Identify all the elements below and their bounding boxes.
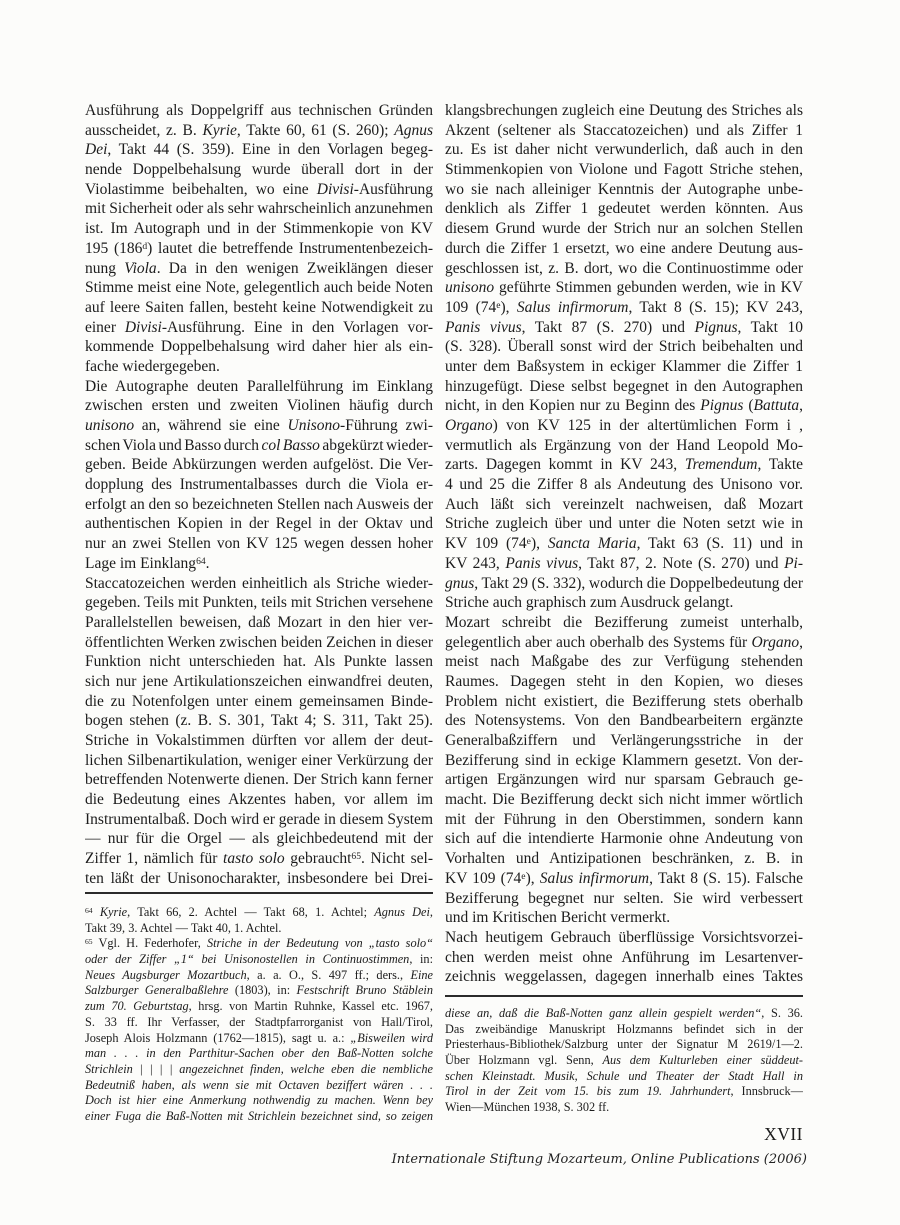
text-line: nur an zwei Stellen von KV 125 wegen des… [85,534,433,554]
text-line: Doch ist hier eine Anmerkung nothwendig … [85,1093,433,1109]
text-segment: Battuta [753,397,799,414]
text-segment: zeichnis weggelassen, dagegen innerhalb … [445,968,803,985]
text-line: Stimmenkopien von Violone und Fagott Str… [445,160,803,180]
text-line: Instrumentalbaß. Doch wird er gerade in … [85,810,433,830]
text-line: nung Viola. Da in den wenigen Zweiklänge… [85,259,433,279]
text-segment: ) lautet die betreffende Instrumentenbez… [147,240,433,257]
text-segment: Organo [445,417,493,434]
text-line: 195 (186d) lautet die betreffende Instru… [85,239,433,259]
text-segment: Akzent (seltener als Staccatozeichen) un… [445,122,803,139]
text-segment: Striche in Vokalstimmen dürften vor alle… [85,732,433,749]
text-line: zu. Es ist daher nicht verwunderlich, da… [445,140,803,160]
text-segment: , Takt 29 (S. 332), wodurch die Doppelbe… [474,575,803,592]
text-segment: 195 (186 [85,240,142,257]
text-line: gegeben. Teils mit Punkten, teils mit St… [85,593,433,613]
text-line: zarts. Dagegen kommt in KV 243, Tremendu… [445,455,803,475]
text-segment: erfolgt an den so bezeichneten Stellen n… [85,496,433,513]
text-segment: ) von KV 125 in der altertümlichen Form … [493,417,803,434]
text-segment: , Takt 63 (S. 11) und in [637,535,803,552]
text-segment: e [496,300,500,311]
text-line: zeichnis weggelassen, dagegen innerhalb … [445,967,803,987]
text-segment: (S. 328). Überall sonst wird der Strich … [445,338,803,355]
text-segment: Tremendum [685,456,758,473]
text-segment: 65 [351,851,361,862]
text-segment: zwischen ersten und zweiten Violinen häu… [85,397,433,414]
text-segment: gebraucht [285,850,352,867]
text-segment: -Führung zwi- [340,417,433,434]
text-segment: tasto solo [223,850,285,867]
text-line: unisono geführte Stimmen gebunden werden… [445,278,803,298]
text-line: ist. Im Autograph und in der Stimmenkopi… [85,219,433,239]
text-segment: ), [526,870,540,887]
text-segment: S. 33 ff. Ihr Verfasser, der Stadtpfarro… [85,1015,433,1029]
text-line: Strichlein | | | | angezeichnet finden, … [85,1062,433,1078]
text-line: Akzent (seltener als Staccatozeichen) un… [445,121,803,141]
text-segment: Panis vivus [505,555,578,572]
text-segment: Pignus [700,397,743,414]
text-line: geben. Beide Abkürzungen werden aufgelös… [85,455,433,475]
text-segment: lichen Silbenartikulation, weniger einer… [85,752,433,769]
text-line: Organo) von KV 125 in der altertümlichen… [445,416,803,436]
text-line: KV 109 (74e), Sancta Maria, Takt 63 (S. … [445,534,803,554]
text-segment: . Da in den wenigen Zweiklängen dieser [157,260,433,277]
text-segment: 64 [85,906,93,915]
text-segment: Funktion nicht unterschieden hat. Als Pu… [85,653,433,670]
text-segment: e [521,871,525,882]
text-line: Bezifferung begegnet nur selten. Sie wir… [445,889,803,909]
text-line: — nur für die Orgel — als gleichbedeuten… [85,829,433,849]
text-segment: zarts. Dagegen kommt in KV 243, [445,456,685,473]
text-line: oder der Ziffer „1“ bei Unisonostellen i… [85,952,433,968]
text-segment: betreffenden Notenwerte dienen. Der Stri… [85,771,433,788]
text-line: (S. 328). Überall sonst wird der Strich … [445,337,803,357]
text-segment: nur an zwei Stellen von KV 125 wegen des… [85,535,433,552]
text-line: bogen stehen (z. B. S. 301, Takt 4; S. 3… [85,711,433,731]
text-segment: Vorhalten und Antizipationen beschränken… [445,850,803,867]
text-segment: die zu Notenfolgen unter einem gemeinsam… [85,693,433,710]
text-segment: , Takte 60, 61 (S. 260); [237,122,394,139]
text-line: denklich als Ziffer 1 gedeutet werden kö… [445,199,803,219]
text-line: erfolgt an den so bezeichneten Stellen n… [85,495,433,515]
text-line: Striche zugleich über und unter die Note… [445,514,803,534]
text-segment: , hrsg. von Martin Ruhnke, Kassel etc. 1… [189,999,433,1013]
text-segment: Mozart schreibt die Bezifferung zumeist … [445,614,803,631]
text-line: durch die Ziffer 1 ersetzt, wo eine ande… [445,239,803,259]
text-segment: Strichlein | | | | angezeichnet finden, … [85,1062,433,1076]
text-line: hinzugefügt. Diese selbst begegnet in de… [445,377,803,397]
text-segment: Pi- [784,555,803,572]
text-segment: , [799,634,803,651]
text-segment: , in: [409,952,433,966]
text-segment: Bezifferung sind in eckige Klammern gese… [445,752,803,769]
text-segment: , Takt 87 (S. 270) und [522,319,695,336]
text-line: die Bedeutung eines Akzentes haben, vor … [85,790,433,810]
page-number: XVII [764,1124,803,1145]
text-segment: macht. Die Bezifferung deckt sich nicht … [445,791,803,808]
text-segment: nicht, in den Kopien nur zu Beginn des [445,397,700,414]
text-line: Priesterhaus-Bibliothek/Salzburg unter d… [445,1037,803,1053]
text-line: sich nur jene Artikulationszeichen einwa… [85,672,433,692]
text-segment: ausscheidet, z. B. [85,122,202,139]
text-segment: öffentlichten Werken zwischen beiden Zei… [85,634,433,651]
text-line: und im Kritischen Bericht vermerkt. [445,908,803,928]
footnote-rule-left [85,892,433,894]
text-segment: Tirol in der Zeit vom 15. bis zum 19. Ja… [445,1084,731,1098]
text-segment: meist nach Maßgabe des zur Verfügung ste… [445,653,803,670]
text-segment: Sancta Maria [548,535,637,552]
text-line: chen werden meist ohne Anführung im Lesa… [445,948,803,968]
text-line: mit der Führung in den Oberstimmen, sond… [445,810,803,830]
footnote-rule-right [445,995,803,997]
text-segment: , Takt 8 (S. 15). Falsche [649,870,803,887]
text-segment: KV 109 (74 [445,535,527,552]
text-segment: wo sie nach alleiniger Kenntnis der Auto… [445,181,803,198]
text-segment: unisono [85,417,134,434]
text-segment: Takt 39, 3. Achtel — Takt 40, 1. Achtel. [85,921,281,935]
text-segment: Striche in der Bedeutung von „tasto solo… [207,936,433,950]
text-segment: an, während sie eine [134,417,287,434]
text-line: kommende Doppelbehalsung wird daher hier… [85,337,433,357]
text-line: 109 (74e), Salus infirmorum, Takt 8 (S. … [445,298,803,318]
text-line: auf leere Saiten fallen, besteht keine N… [85,298,433,318]
text-line: ausscheidet, z. B. Kyrie, Takte 60, 61 (… [85,121,433,141]
text-segment: geschlossen ist, z. B. dort, wo die Cont… [445,260,803,277]
text-segment: 109 (74 [445,299,496,316]
text-segment: mit der Führung in den Oberstimmen, sond… [445,811,803,828]
text-segment: fache wiedergegeben. [85,358,220,375]
text-segment: — nur für die Orgel — als gleichbedeuten… [85,830,433,847]
text-line: ten läßt der Unisonocharakter, insbesond… [85,869,433,889]
text-line: fache wiedergegeben. [85,357,433,377]
text-line: Mozart schreibt die Bezifferung zumeist … [445,613,803,633]
text-segment: Vgl. H. Federhofer, [93,936,207,950]
text-segment: , Takt 10 [738,319,803,336]
text-line: Striche auch graphisch zum Ausdruck gela… [445,593,803,613]
text-segment: Kyrie [202,122,236,139]
text-line: Das zweibändige Manuskript Holzmanns bef… [445,1022,803,1038]
text-line: S. 33 ff. Ihr Verfasser, der Stadtpfarro… [85,1015,433,1031]
text-line: Panis vivus, Takt 87 (S. 270) und Pignus… [445,318,803,338]
text-segment: , Takt 44 (S. 359). Eine in den Vorlagen… [107,141,433,158]
text-line: Generalbaßziffern und Verlängerungsstric… [445,731,803,751]
text-line: mit Sicherheit oder als sehr wahrscheinl… [85,199,433,219]
text-segment: e [527,536,531,547]
text-segment: -Ausführung [354,181,433,198]
text-segment: Salzburger Generalbaßlehre [85,983,228,997]
text-line: Stimme meist eine Note, gelegentlich auc… [85,278,433,298]
text-line: Ausführung als Doppelgriff aus technisch… [85,101,433,121]
text-segment: KV 109 (74 [445,870,521,887]
text-line: zwischen ersten und zweiten Violinen häu… [85,396,433,416]
text-line: des Notensystems. Von den Bandbearbeiter… [445,711,803,731]
text-segment: geführte Stimmen gebunden werden, wie in… [494,279,803,296]
text-segment: Eine [410,968,433,982]
text-segment: kommende Doppelbehalsung wird daher hier… [85,338,433,355]
text-segment [93,905,100,919]
text-line: einer Divisi-Ausführung. Eine in den Vor… [85,318,433,338]
text-line: wo sie nach alleiniger Kenntnis der Auto… [445,180,803,200]
text-line: KV 243, Panis vivus, Takt 87, 2. Note (S… [445,554,803,574]
text-segment: Generalbaßziffern und Verlängerungsstric… [445,732,803,749]
text-segment: Wien—München 1938, S. 302 ff. [445,1100,609,1114]
text-segment: Raumes. Dagegen steht in den Kopien, wo … [445,673,803,690]
text-segment: mit Sicherheit oder als sehr wahrscheinl… [85,200,433,217]
text-segment: die Bedeutung eines Akzentes haben, vor … [85,791,433,808]
text-segment: gegeben. Teils mit Punkten, teils mit St… [85,594,433,611]
text-segment: Stimmenkopien von Violone und Fagott Str… [445,161,803,178]
text-line: zum 70. Geburtstag, hrsg. von Martin Ruh… [85,999,433,1015]
text-line: Die Autographe deuten Parallelführung im… [85,377,433,397]
text-line: man . . . in den Parthitur-Sachen ober d… [85,1046,433,1062]
text-line: Auch läßt sich vereinzelt nachweisen, da… [445,495,803,515]
text-segment: zum 70. Geburtstag [85,999,189,1013]
text-segment: 4 und 25 die Ziffer 8 als Andeutung des … [445,476,803,493]
text-segment: bogen stehen (z. B. S. 301, Takt 4; S. 3… [85,712,433,729]
text-segment: und im Kritischen Bericht vermerkt. [445,909,670,926]
footer-credit: Internationale Stiftung Mozarteum, Onlin… [392,1152,807,1167]
text-line: unisono an, während sie eine Unisono-Füh… [85,416,433,436]
text-line: 64 Kyrie, Takt 66, 2. Achtel — Takt 68, … [85,905,433,921]
text-segment: Salus infirmorum [540,870,649,887]
text-line: Joseph Alois Holzmann (1762—1815), sagt … [85,1031,433,1047]
text-line: geschlossen ist, z. B. dort, wo die Cont… [445,259,803,279]
text-line: meist nach Maßgabe des zur Verfügung ste… [445,652,803,672]
text-segment: ), [531,535,548,552]
text-line: Vorhalten und Antizipationen beschränken… [445,849,803,869]
text-segment: sich nur jene Artikulationszeichen einwa… [85,673,433,690]
text-line: öffentlichten Werken zwischen beiden Zei… [85,633,433,653]
text-segment: Auch läßt sich vereinzelt nachweisen, da… [445,496,803,513]
text-segment: . Nicht sel- [361,850,433,867]
text-line: Ziffer 1, nämlich für tasto solo gebrauc… [85,849,433,869]
text-segment: schen Kleinstadt. Musik, Schule und Thea… [445,1069,803,1083]
text-line: Über Holzmann vgl. Senn, Aus dem Kulturl… [445,1053,803,1069]
text-segment: Striche zugleich über und unter die Note… [445,515,803,532]
text-segment: unisono [445,279,494,296]
text-line: Bezifferung sind in eckige Klammern gese… [445,751,803,771]
text-line: Wien—München 1938, S. 302 ff. [445,1100,803,1116]
text-segment: diesem Grund wurde der Strich nur an sol… [445,220,803,237]
text-line: Nach heutigem Gebrauch überflüssige Vors… [445,928,803,948]
text-segment: Agnus Dei [374,905,430,919]
text-segment: chen werden meist ohne Anführung im Lesa… [445,949,803,966]
text-segment: Dei [85,141,107,158]
text-segment: Festschrift Bruno Stäblein [297,983,433,997]
text-segment: dopplung des Instrumentalbasses durch di… [85,476,433,493]
text-segment: authentischen Kopien in der Regel in der… [85,515,433,532]
text-line: sich auf die intendierte Harmonie ohne A… [445,829,803,849]
text-segment: Über Holzmann vgl. Senn, [445,1053,602,1067]
text-line: dopplung des Instrumentalbasses durch di… [85,475,433,495]
text-line: betreffenden Notenwerte dienen. Der Stri… [85,770,433,790]
text-segment: Pignus [694,319,737,336]
text-line: Lage im Einklang64. [85,554,433,574]
text-segment: artigen Ergänzungen wird nur sparsam Geb… [445,771,803,788]
text-segment: , [799,397,803,414]
text-line: vermutlich als Ergänzung von der Hand Le… [445,436,803,456]
text-line: einer Fuga die Baß-Notten mit Strichlein… [85,1109,433,1125]
text-segment: Salus infirmorum [517,299,629,316]
text-segment: zu. Es ist daher nicht verwunderlich, da… [445,141,803,158]
text-segment: Striche auch graphisch zum Ausdruck gela… [445,594,733,611]
text-segment: col Basso [261,437,319,454]
text-line: Bedeutniß haben, als wenn sie mit Octave… [85,1078,433,1094]
text-segment: Bezifferung begegnet nur selten. Sie wir… [445,890,803,907]
text-line: KV 109 (74e), Salus infirmorum, Takt 8 (… [445,869,803,889]
text-segment: ten läßt der Unisonocharakter, insbesond… [85,870,433,887]
text-segment: (1803), in: [228,983,296,997]
text-line: schen Viola und Basso durch col Basso ab… [85,436,433,456]
text-segment: Staccatozeichen werden einheitlich als S… [85,575,433,592]
text-segment: Problem nicht existiert, die Bezifferung… [445,693,803,710]
text-segment: einer [85,319,125,336]
text-segment: Neues Augsburger Mozartbuch [85,968,247,982]
text-segment: , Takt 8 (S. 15); KV 243, [628,299,803,316]
text-segment: Joseph Alois Holzmann (1762—1815), sagt … [85,1031,350,1045]
text-segment: Divisi [125,319,162,336]
text-segment: , S. 36. [761,1006,803,1020]
text-segment: Panis vivus [445,319,522,336]
text-segment: schen Viola und Basso durch [85,437,261,454]
text-segment: Ausführung als Doppelgriff aus technisch… [85,102,433,119]
text-segment: Organo [751,634,799,651]
text-segment: Lage im Einklang [85,555,196,572]
text-line: Dei, Takt 44 (S. 359). Eine in den Vorla… [85,140,433,160]
text-segment: Doch ist hier eine Anmerkung nothwendig … [85,1093,433,1107]
text-segment: Nach heutigem Gebrauch überflüssige Vors… [445,929,803,946]
text-line: Salzburger Generalbaßlehre (1803), in: F… [85,983,433,999]
text-line: diese an, daß die Baß-Notten ganz allein… [445,1006,803,1022]
text-segment: , Takt 66, 2. Achtel — Takt 68, 1. Achte… [127,905,374,919]
text-segment: Unisono [288,417,341,434]
text-segment: , [430,905,433,919]
text-segment: oder der Ziffer „1“ bei Unisonostellen i… [85,952,409,966]
text-segment: klangsbrechungen zugleich eine Deutung d… [445,102,803,119]
text-column-right: klangsbrechungen zugleich eine Deutung d… [445,101,803,987]
text-line: Problem nicht existiert, die Bezifferung… [445,692,803,712]
text-segment: Instrumentalbaß. Doch wird er gerade in … [85,811,433,828]
text-segment: einer Fuga die Baß-Notten mit Strichlein… [85,1109,433,1123]
text-segment: , Takt 87, 2. Note (S. 270) und [578,555,784,572]
text-line: Neues Augsburger Mozartbuch, a. a. O., S… [85,968,433,984]
text-segment: gnus [445,575,474,592]
text-segment: Divisi [317,181,354,198]
text-line: artigen Ergänzungen wird nur sparsam Geb… [445,770,803,790]
text-segment: 64 [196,556,206,567]
text-line: diesem Grund wurde der Strich nur an sol… [445,219,803,239]
text-segment: ), [501,299,517,316]
text-segment: nung [85,260,124,277]
text-line: lichen Silbenartikulation, weniger einer… [85,751,433,771]
text-segment: gelegentlich aber auch oberhalb des Syst… [445,634,751,651]
text-line: die zu Notenfolgen unter einem gemeinsam… [85,692,433,712]
text-line: Raumes. Dagegen steht in den Kopien, wo … [445,672,803,692]
text-segment: Das zweibändige Manuskript Holzmanns bef… [445,1022,803,1036]
text-segment: , Takte [757,456,803,473]
text-segment: geben. Beide Abkürzungen werden aufgelös… [85,456,433,473]
text-segment: vermutlich als Ergänzung von der Hand Le… [445,437,803,454]
text-segment: Kyrie [100,905,127,919]
text-line: nicht, in den Kopien nur zu Beginn des P… [445,396,803,416]
text-line: Parallelstellen beweisen, daß Mozart in … [85,613,433,633]
text-segment: d [142,241,147,252]
text-segment: KV 243, [445,555,505,572]
text-line: gnus, Takt 29 (S. 332), wodurch die Dopp… [445,574,803,594]
text-segment: Parallelstellen beweisen, daß Mozart in … [85,614,433,631]
text-line: unter dem Baßsystem in eckiger Klammer d… [445,357,803,377]
page-sheet: Ausführung als Doppelgriff aus technisch… [0,0,900,1225]
text-column-left: Ausführung als Doppelgriff aus technisch… [85,101,433,889]
text-segment: Viola [124,260,156,277]
text-segment: Agnus [394,122,433,139]
text-segment: Priesterhaus-Bibliothek/Salzburg unter d… [445,1037,803,1051]
text-segment: hinzugefügt. Diese selbst begegnet in de… [445,378,803,395]
text-line: schen Kleinstadt. Musik, Schule und Thea… [445,1069,803,1085]
text-segment: Ziffer 1, nämlich für [85,850,223,867]
text-line: Violastimme beibehalten, wo eine Divisi-… [85,180,433,200]
text-segment: sich auf die intendierte Harmonie ohne A… [445,830,803,847]
text-segment: abgekürzt wieder- [320,437,433,454]
text-segment: diese an, daß die Baß-Notten ganz allein… [445,1006,761,1020]
text-segment: 65 [85,937,93,946]
text-line: 4 und 25 die Ziffer 8 als Andeutung des … [445,475,803,495]
text-segment: Die Autographe deuten Parallelführung im… [85,378,433,395]
text-line: Striche in Vokalstimmen dürften vor alle… [85,731,433,751]
text-line: Tirol in der Zeit vom 15. bis zum 19. Ja… [445,1084,803,1100]
text-segment: „Bisweilen wird [350,1031,433,1045]
text-segment: -Ausführung. Eine in den Vorlagen vor- [162,319,433,336]
text-segment: denklich als Ziffer 1 gedeutet werden kö… [445,200,803,217]
text-segment: ist. Im Autograph und in der Stimmenkopi… [85,220,433,237]
text-segment: Aus dem Kulturleben einer süddeut- [602,1053,803,1067]
text-line: klangsbrechungen zugleich eine Deutung d… [445,101,803,121]
text-segment: ( [743,397,753,414]
text-segment: des Notensystems. Von den Bandbearbeiter… [445,712,803,729]
text-line: gelegentlich aber auch oberhalb des Syst… [445,633,803,653]
text-segment: . [206,555,210,572]
text-line: Takt 39, 3. Achtel — Takt 40, 1. Achtel. [85,921,433,937]
text-segment: , Innsbruck— [731,1084,803,1098]
text-segment: Bedeutniß haben, als wenn sie mit Octave… [85,1078,433,1092]
footnotes-right: diese an, daß die Baß-Notten ganz allein… [445,1006,803,1116]
text-segment: durch die Ziffer 1 ersetzt, wo eine ande… [445,240,803,257]
text-line: Staccatozeichen werden einheitlich als S… [85,574,433,594]
footnotes-left: 64 Kyrie, Takt 66, 2. Achtel — Takt 68, … [85,905,433,1125]
text-segment: man . . . in den Parthitur-Sachen ober d… [85,1046,433,1060]
text-segment: , a. a. O., S. 497 ff.; ders., [247,968,411,982]
text-segment: auf leere Saiten fallen, besteht keine N… [85,299,433,316]
text-segment: Violastimme beibehalten, wo eine [85,181,317,198]
text-line: macht. Die Bezifferung deckt sich nicht … [445,790,803,810]
text-segment: nende Doppelbehalsung wurde überall dort… [85,161,433,178]
text-line: 65 Vgl. H. Federhofer, Striche in der Be… [85,936,433,952]
text-segment: unter dem Baßsystem in eckiger Klammer d… [445,358,803,375]
text-line: authentischen Kopien in der Regel in der… [85,514,433,534]
text-line: Funktion nicht unterschieden hat. Als Pu… [85,652,433,672]
text-segment: Stimme meist eine Note, gelegentlich auc… [85,279,433,296]
text-line: nende Doppelbehalsung wurde überall dort… [85,160,433,180]
